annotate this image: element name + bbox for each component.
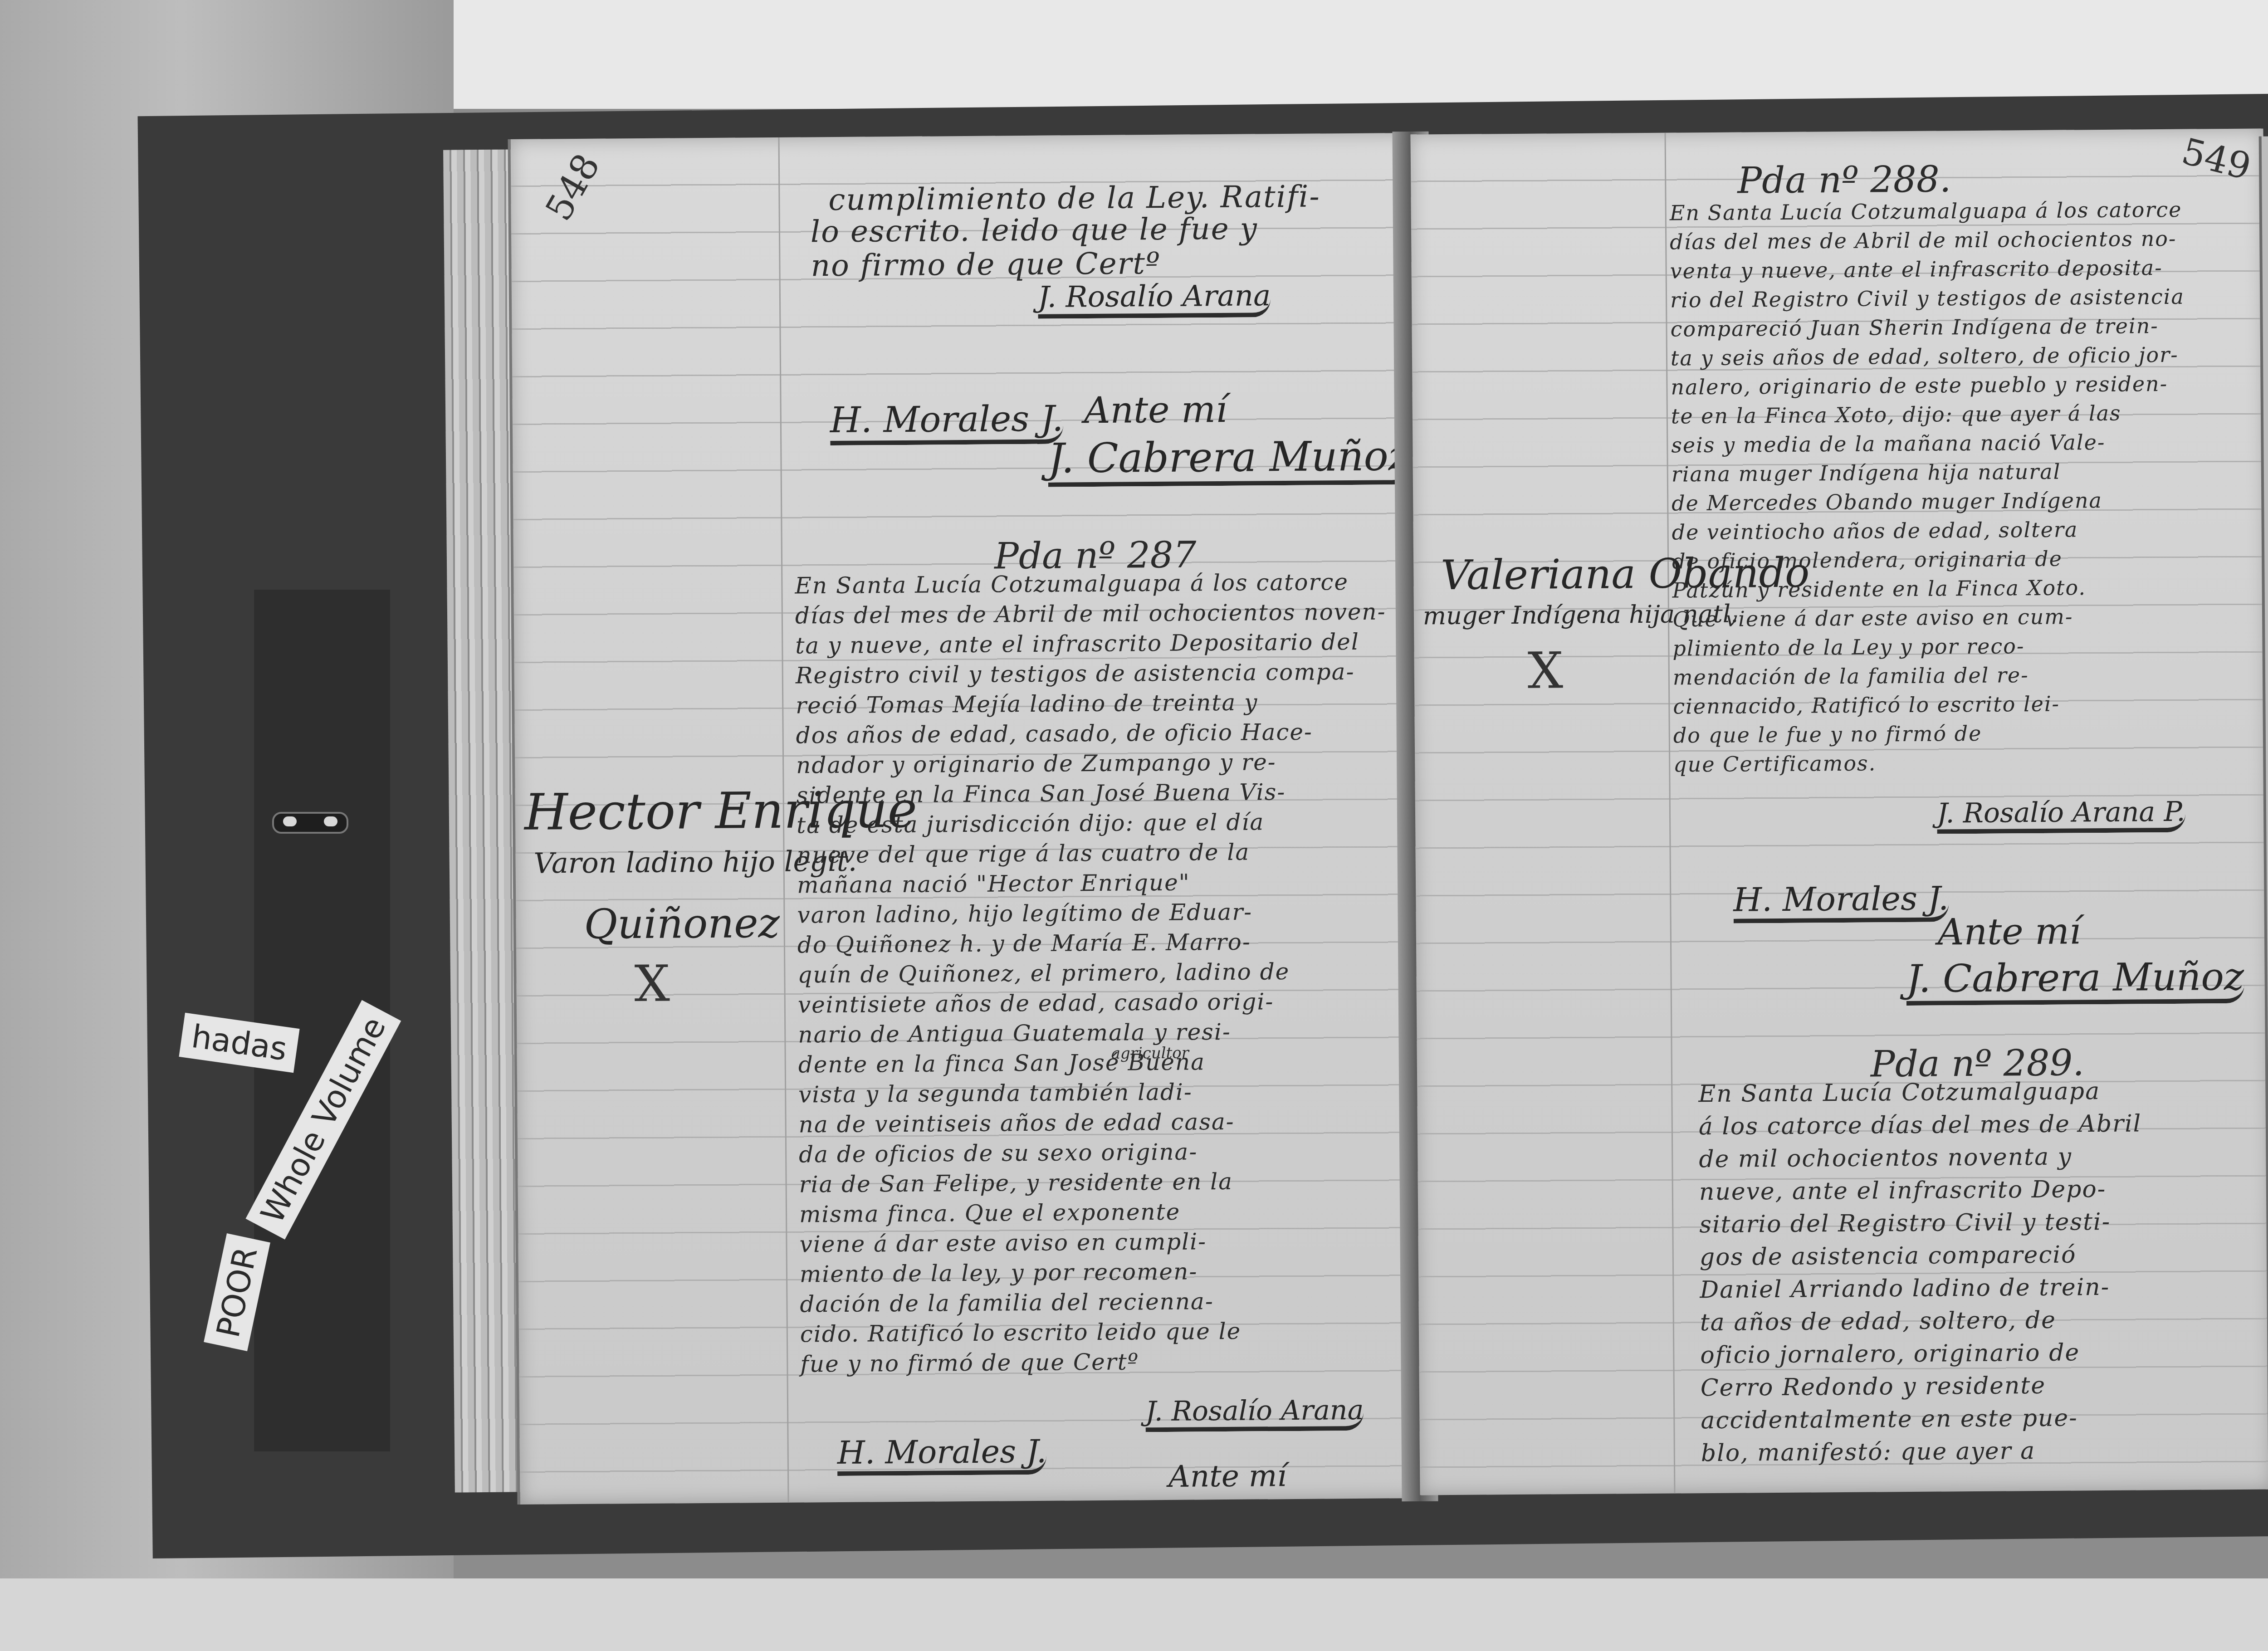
- signature-witness: H. Morales J.: [1733, 879, 1949, 918]
- text-line: días del mes de Abril de mil ochocientos…: [1670, 226, 2177, 254]
- signature-registrar-top: J. Rosalío Arana: [1038, 279, 1271, 314]
- text-line: de Mercedes Obando muger Indígena: [1672, 488, 2102, 516]
- text-line: da de oficios de su sexo origina-: [799, 1138, 1198, 1167]
- text-line: En Santa Lucía Cotzumalguapa á los cator…: [1670, 197, 2182, 225]
- text-line: Registro civil y testigos de asistencia …: [796, 659, 1355, 689]
- text-line: do Quiñonez h. y de María E. Marro-: [797, 929, 1251, 958]
- text-line: blo, manifestó: que ayer a: [1701, 1437, 2036, 1467]
- text-line: quín de Quiñonez, el primero, ladino de: [797, 958, 1290, 988]
- text-line: na de veintiseis años de edad casa-: [798, 1109, 1234, 1138]
- text-line: ta años de edad, soltero, de: [1700, 1307, 2056, 1336]
- text-line: accidentalmente en este pue-: [1701, 1404, 2078, 1434]
- text-line: vista y la segunda también ladi-: [798, 1079, 1193, 1108]
- text-line: ria de San Felipe, y residente en la: [799, 1168, 1233, 1198]
- text-line: oficio jornalero, originario de: [1700, 1339, 2080, 1369]
- text-line: rio del Registro Civil y testigos de asi…: [1670, 284, 2185, 313]
- strap-clasp-icon: [272, 812, 348, 834]
- signature-bottom: J. Cabrera Muñoz: [1906, 954, 2244, 1001]
- signature-witness-2: J. Cabrera Muñoz: [1048, 432, 1410, 483]
- text-line: gos de asistencia compareció: [1700, 1241, 2077, 1271]
- text-line: ta de esta jurisdicción dijo: que el día: [797, 809, 1264, 838]
- text-line: que Certificamos.: [1673, 751, 1876, 777]
- interlinear-note: agricultor: [1111, 1044, 1189, 1063]
- text-line: plimiento de la Ley y por reco-: [1672, 634, 2024, 660]
- x-mark-icon: X: [634, 955, 670, 1013]
- text-line: miento de la ley, y por recomen-: [800, 1258, 1198, 1287]
- signature-witness-1: H. Morales J.: [830, 398, 1064, 441]
- text-line: te en la Finca Xoto, dijo: que ayer á la…: [1671, 401, 2121, 429]
- text-line: En Santa Lucía Cotzumalguapa á los cator…: [795, 569, 1349, 599]
- text-line: dos años de edad, casado, de oficio Hace…: [796, 719, 1313, 749]
- text-line: ndador y originario de Zumpango y re-: [796, 749, 1276, 778]
- text-line: mendación de la familia del re-: [1673, 663, 2029, 689]
- text-line: veintisiete años de edad, casado origi-: [798, 988, 1274, 1018]
- text-line: no firmo de que Certº: [811, 246, 1161, 283]
- text-line: días del mes de Abril de mil ochocientos…: [795, 599, 1386, 629]
- text-line: Daniel Arriando ladino de trein-: [1700, 1274, 2110, 1304]
- text-line: do que le fue y no firmó de: [1673, 721, 1982, 748]
- text-line: cido. Ratificó lo escrito leido que le: [800, 1318, 1242, 1348]
- x-mark-icon: X: [1527, 641, 1563, 700]
- text-line: nueve del que rige á las cuatro de la: [797, 839, 1250, 869]
- text-line: viene á dar este aviso en cumpli-: [799, 1228, 1207, 1257]
- text-line: mañana nació "Hector Enrique": [797, 869, 1190, 899]
- text-line: lo escrito. leido que le fue y: [811, 211, 1258, 249]
- ante-mi-label: Ante mí: [1084, 388, 1227, 431]
- text-line: nario de Antigua Guatemala y resi-: [798, 1019, 1231, 1048]
- scan-background-bottom: [0, 1578, 2268, 1651]
- left-page: 548 cumplimiento de la Ley. Ratifi- lo e…: [508, 133, 1423, 1504]
- record-heading-288: Pda nº 288.: [1737, 158, 1951, 201]
- margin-surname: Quiñonez: [584, 899, 780, 948]
- signature-witness: H. Morales J.: [837, 1433, 1046, 1471]
- text-line: Cerro Redondo y residente: [1701, 1372, 2046, 1402]
- text-line: venta y nueve, ante el infrascrito depos…: [1670, 255, 2162, 283]
- text-line: fue y no firmó de que Certº: [800, 1348, 1139, 1377]
- text-line: ta y seis años de edad, soltero, de ofic…: [1671, 342, 2179, 371]
- signature-registrar: J. Rosalío Arana: [1145, 1394, 1364, 1427]
- text-line: En Santa Lucía Cotzumalguapa: [1698, 1078, 2100, 1108]
- text-line: á los catorce días del mes de Abril: [1699, 1110, 2142, 1140]
- text-line: seis y media de la mañana nació Vale-: [1671, 430, 2105, 458]
- text-line: de veintiocho años de edad, soltera: [1672, 517, 2078, 544]
- right-page: 549 Valeriana Obando muger Indígena hija…: [1411, 128, 2268, 1495]
- text-line: compareció Juan Sherin Indígena de trein…: [1670, 313, 2159, 342]
- text-line: reció Tomas Mejía ladino de treinta y: [796, 689, 1258, 718]
- text-line: sitario del Registro Civil y testi-: [1699, 1208, 2111, 1238]
- text-line: Que viene á dar este aviso en cum-: [1672, 604, 2073, 631]
- text-line: Patzún y residente en la Finca Xoto.: [1672, 575, 2086, 602]
- ante-mi-label: Ante mí: [1938, 910, 2081, 953]
- text-line: dación de la familia del recienna-: [800, 1288, 1214, 1317]
- ante-mi-label-2: Ante mí: [1168, 1458, 1287, 1494]
- text-line: ciennacido, Ratificó lo escrito lei-: [1673, 692, 2060, 719]
- text-line: riana muger Indígena hija natural: [1672, 459, 2061, 487]
- text-line: nueve, ante el infrascrito Depo-: [1699, 1176, 2107, 1206]
- text-line: misma finca. Que el exponente: [799, 1199, 1181, 1228]
- text-line: de oficio molendera, originaria de: [1672, 547, 2063, 574]
- text-line: ta y nueve, ante el infrascrito Deposita…: [795, 629, 1359, 659]
- text-line: sidente en la Finca San José Buena Vis-: [796, 779, 1286, 809]
- text-line: varon ladino, hijo legítimo de Eduar-: [797, 899, 1252, 928]
- text-line: de mil ochocientos noventa y: [1699, 1143, 2072, 1173]
- text-line: nalero, originario de este pueblo y resi…: [1671, 371, 2168, 400]
- signature-registrar: J. Rosalío Arana P.: [1937, 796, 2185, 830]
